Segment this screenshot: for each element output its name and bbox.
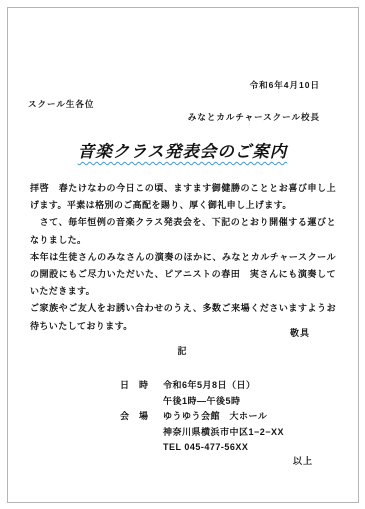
record-marker: 記 xyxy=(0,344,365,357)
details-block: 日 時令和6年5月8日（日）午後1時―午後5時会 場ゆうゆう会館 大ホール神奈川… xyxy=(30,378,336,456)
letter-page: 令和6年4月10日 スクール生各位 みなとカルチャースクール校長 音楽クラス発表… xyxy=(0,0,365,509)
body-paragraph: 本年は生徒さんのみなさんの演奏のほかに、みなとカルチャースクールの開設にもご尽力… xyxy=(30,249,336,301)
body-paragraph: 拝啓 春たけなわの今日この頃、ますます御健勝のこととお喜び申し上げます。平素は格… xyxy=(30,180,336,214)
details-value: ゆうゆう会館 大ホール xyxy=(163,409,336,425)
end-marker: 以上 xyxy=(30,454,335,467)
document-title: 音楽クラス発表会のご案内 xyxy=(0,138,365,162)
details-value: 午後1時―午後5時 xyxy=(163,394,336,410)
sender: みなとカルチャースクール校長 xyxy=(30,111,335,123)
closing-word: 敬具 xyxy=(30,326,335,339)
details-label: 会 場 xyxy=(120,409,163,425)
details-row: 午後1時―午後5時 xyxy=(30,394,336,410)
recipient: スクール生各位 xyxy=(28,98,94,110)
details-row: 会 場ゆうゆう会館 大ホール xyxy=(30,409,336,425)
details-value: 令和6年5月8日（日） xyxy=(163,378,336,394)
details-label xyxy=(120,425,163,441)
details-value: 神奈川県横浜市中区1−2−XX xyxy=(163,425,336,441)
body-paragraph: さて、毎年恒例の音楽クラス発表会を、下記のとおり開催する運びとなりました。 xyxy=(30,214,336,248)
letter-body: 拝啓 春たけなわの今日この頃、ますます御健勝のこととお喜び申し上げます。平素は格… xyxy=(30,180,336,335)
details-label: 日 時 xyxy=(120,378,163,394)
issue-date: 令和6年4月10日 xyxy=(30,79,335,91)
details-label xyxy=(120,394,163,410)
details-row: 日 時令和6年5月8日（日） xyxy=(30,378,336,394)
details-row: 神奈川県横浜市中区1−2−XX xyxy=(30,425,336,441)
